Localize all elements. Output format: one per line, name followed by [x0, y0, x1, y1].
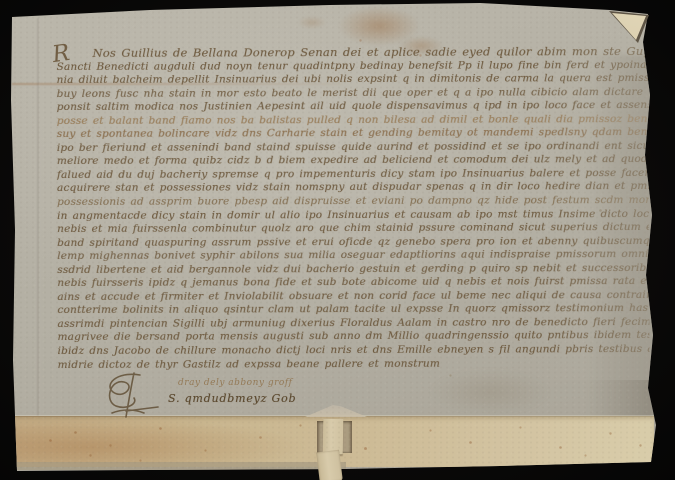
seal-tag [316, 450, 343, 480]
fold-pucker [305, 405, 367, 417]
initial-letter: R [51, 40, 72, 68]
vertical-crease [37, 18, 39, 468]
signature-line-1: dray dely abbony groff [178, 378, 292, 388]
rust-stain [298, 16, 326, 29]
plica-underside [16, 462, 346, 470]
signature-line-2: S. qmdudbmeyz Gob [168, 392, 296, 405]
mottle-stain [430, 370, 550, 414]
rust-speckles [0, 0, 1, 1]
scan-background: R Nos Guillius de Bellana Donerop Senan … [0, 0, 675, 480]
notary-paraph-mark [100, 371, 174, 419]
parchment: R Nos Guillius de Bellana Donerop Senan … [0, 0, 675, 480]
ink-fade-overlay [535, 40, 653, 380]
manuscript-line-24: midrie dictoz de thyr Gastilz ad expssa … [58, 357, 503, 372]
